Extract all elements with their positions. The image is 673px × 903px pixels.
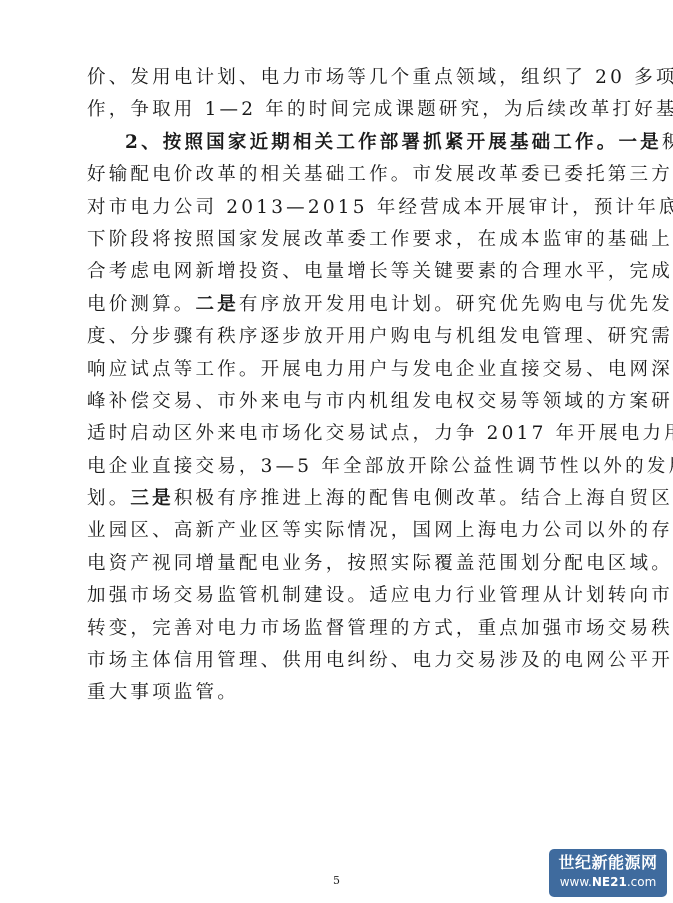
- text-line: 好输配电价改革的相关基础工作。市发展改革委已委托第三方机构: [87, 159, 587, 191]
- text-line: 对市电力公司 2013—2015 年经营成本开展审计，预计年底前完成。: [87, 192, 587, 224]
- bold-text-segment: 三是: [130, 488, 173, 509]
- text-segment: 积极有序推进上海的配售电侧改革。结合上海自贸区、工: [174, 488, 673, 509]
- text-line: 市场主体信用管理、供用电纠纷、电力交易涉及的电网公平开放等: [87, 645, 587, 677]
- text-segment: 积极做: [662, 132, 673, 153]
- text-segment: 加强市场交易监管机制建设。适应电力行业管理从计划转向市场的: [87, 585, 673, 606]
- text-segment: 电价测算。: [87, 294, 196, 315]
- ne21-watermark-logo: 世纪新能源网 www.NE21.com: [549, 849, 667, 897]
- text-segment: 划。: [87, 488, 130, 509]
- text-line: 2、按照国家近期相关工作部署抓紧开展基础工作。一是积极做: [87, 127, 587, 159]
- text-line: 合考虑电网新增投资、电量增长等关键要素的合理水平，完成输配: [87, 256, 587, 288]
- text-segment: 转变，完善对电力市场监督管理的方式，重点加强市场交易秩序、: [87, 618, 673, 639]
- text-segment: 下阶段将按照国家发展改革委工作要求，在成本监审的基础上，综: [87, 229, 673, 250]
- text-segment: 峰补偿交易、市外来电与市内机组发电权交易等领域的方案研究。: [87, 391, 673, 412]
- text-line: 峰补偿交易、市外来电与市内机组发电权交易等领域的方案研究。: [87, 386, 587, 418]
- text-segment: 度、分步骤有秩序逐步放开用户购电与机组发电管理、研究需求侧: [87, 326, 673, 347]
- text-line: 重大事项监管。: [87, 677, 587, 709]
- text-line: 电价测算。二是有序放开发用电计划。研究优先购电与优先发电制: [87, 289, 587, 321]
- text-segment: 电资产视同增量配电业务，按照实际覆盖范围划分配电区域。: [87, 553, 673, 574]
- text-line: 加强市场交易监管机制建设。适应电力行业管理从计划转向市场的: [87, 580, 587, 612]
- text-segment: 对市电力公司 2013—2015 年经营成本开展审计，预计年底前完成。: [87, 197, 673, 218]
- text-segment: 业园区、高新产业区等实际情况，国网上海电力公司以外的存量配: [87, 520, 673, 541]
- text-line: 划。三是积极有序推进上海的配售电侧改革。结合上海自贸区、工: [87, 483, 587, 515]
- text-segment: 好输配电价改革的相关基础工作。市发展改革委已委托第三方机构: [87, 164, 673, 185]
- text-segment: 重大事项监管。: [87, 682, 239, 703]
- text-line: 业园区、高新产业区等实际情况，国网上海电力公司以外的存量配: [87, 515, 587, 547]
- document-page: 价、发用电计划、电力市场等几个重点领域，组织了 20 多项研究工作，争取用 1—…: [0, 0, 673, 903]
- text-segment: 适时启动区外来电市场化交易试点，力争 2017 年开展电力用户与发: [87, 423, 673, 444]
- text-line: 转变，完善对电力市场监督管理的方式，重点加强市场交易秩序、: [87, 613, 587, 645]
- text-segment: 电企业直接交易，3—5 年全部放开除公益性调节性以外的发用电计: [87, 456, 673, 477]
- text-line: 下阶段将按照国家发展改革委工作要求，在成本监审的基础上，综: [87, 224, 587, 256]
- text-segment: 响应试点等工作。开展电力用户与发电企业直接交易、电网深度调: [87, 359, 673, 380]
- body-text: 价、发用电计划、电力市场等几个重点领域，组织了 20 多项研究工作，争取用 1—…: [87, 62, 587, 710]
- text-segment: 市场主体信用管理、供用电纠纷、电力交易涉及的电网公平开放等: [87, 650, 673, 671]
- text-segment: 有序放开发用电计划。研究优先购电与优先发电制: [239, 294, 673, 315]
- bold-text-segment: 二是: [196, 294, 239, 315]
- text-line: 度、分步骤有秩序逐步放开用户购电与机组发电管理、研究需求侧: [87, 321, 587, 353]
- text-line: 电资产视同增量配电业务，按照实际覆盖范围划分配电区域。四是: [87, 548, 587, 580]
- text-line: 电企业直接交易，3—5 年全部放开除公益性调节性以外的发用电计: [87, 451, 587, 483]
- text-line: 作，争取用 1—2 年的时间完成课题研究，为后续改革打好基础。: [87, 94, 587, 126]
- text-line: 价、发用电计划、电力市场等几个重点领域，组织了 20 多项研究工: [87, 62, 587, 94]
- text-segment: 价、发用电计划、电力市场等几个重点领域，组织了 20 多项研究工: [87, 67, 673, 88]
- page-number: 5: [333, 874, 340, 887]
- watermark-url: www.NE21.com: [549, 874, 667, 890]
- text-segment: 合考虑电网新增投资、电量增长等关键要素的合理水平，完成输配: [87, 261, 673, 282]
- watermark-title: 世纪新能源网: [549, 849, 667, 874]
- text-line: 响应试点等工作。开展电力用户与发电企业直接交易、电网深度调: [87, 354, 587, 386]
- bold-text-segment: 2、按照国家近期相关工作部署抓紧开展基础工作。一是: [125, 132, 662, 153]
- text-line: 适时启动区外来电市场化交易试点，力争 2017 年开展电力用户与发: [87, 418, 587, 450]
- text-segment: 作，争取用 1—2 年的时间完成课题研究，为后续改革打好基础。: [87, 99, 673, 120]
